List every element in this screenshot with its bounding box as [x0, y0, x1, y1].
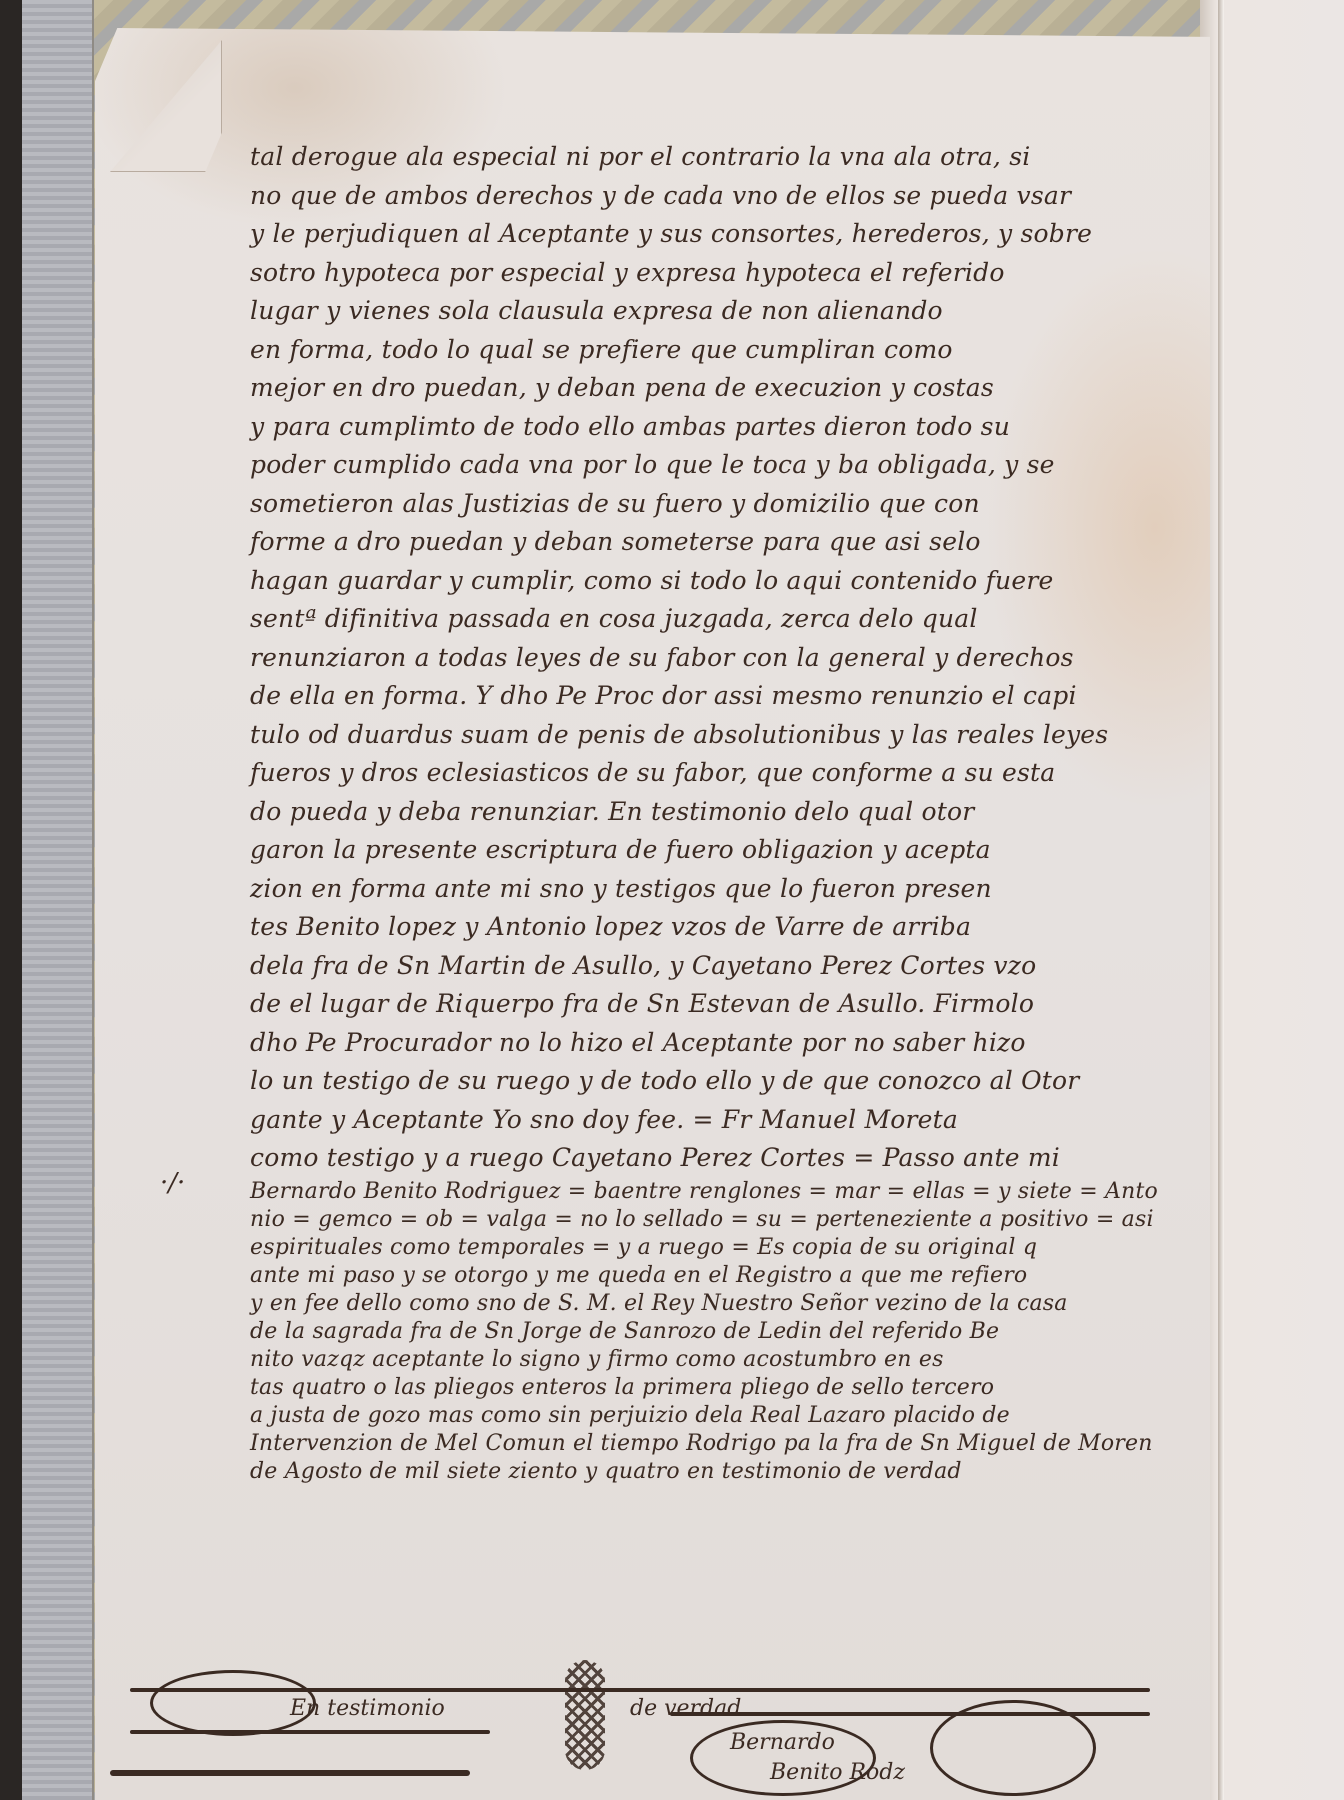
text-line: de ella en forma. Y dho Pe Proc dor assi…	[250, 677, 1210, 716]
margin-mark: ·/·	[160, 1168, 185, 1198]
text-line: nito vazqz aceptante lo signo y firmo co…	[250, 1346, 1210, 1374]
text-line: de la sagrada fra de Sn Jorge de Sanrozo…	[250, 1318, 1210, 1346]
text-line: y le perjudiquen al Aceptante y sus cons…	[250, 215, 1210, 254]
text-line: como testigo y a ruego Cayetano Perez Co…	[250, 1139, 1210, 1178]
text-line: tal derogue ala especial ni por el contr…	[250, 138, 1210, 177]
text-line: dela fra de Sn Martin de Asullo, y Cayet…	[250, 947, 1210, 986]
signature-rule	[130, 1730, 490, 1734]
dark-edge	[0, 0, 22, 1800]
text-line: a justa de gozo mas como sin perjuizio d…	[250, 1402, 1210, 1430]
text-line: lo un testigo de su ruego y de todo ello…	[250, 1062, 1210, 1101]
binding-strip	[22, 0, 94, 1800]
signature-name: Bernardo	[730, 1730, 835, 1755]
text-line: dho Pe Procurador no lo hizo el Aceptant…	[250, 1024, 1210, 1063]
signature-block: En testimonio de verdad Bernardo Benito …	[130, 1660, 1160, 1800]
signature-rule	[110, 1770, 470, 1776]
facing-blank-page	[1200, 0, 1344, 1800]
text-line: de Agosto de mil siete ziento y quatro e…	[250, 1458, 1210, 1486]
text-line: nio = gemco = ob = valga = no lo sellado…	[250, 1206, 1210, 1234]
signature-text: En testimonio	[290, 1696, 445, 1721]
text-line: lugar y vienes sola clausula expresa de …	[250, 292, 1210, 331]
text-line: forme a dro puedan y deban someterse par…	[250, 523, 1210, 562]
text-line: tes Benito lopez y Antonio lopez vzos de…	[250, 908, 1210, 947]
text-line: ante mi paso y se otorgo y me queda en e…	[250, 1262, 1210, 1290]
text-line: y para cumplimto de todo ello ambas part…	[250, 408, 1210, 447]
text-line: sometieron alas Justizias de su fuero y …	[250, 485, 1210, 524]
signature-text: de verdad	[630, 1696, 741, 1721]
manuscript-text: tal derogue ala especial ni por el contr…	[250, 138, 1210, 1486]
signature-flourish	[930, 1700, 1096, 1796]
text-line: renunziaron a todas leyes de su fabor co…	[250, 639, 1210, 678]
text-line: do pueda y deba renunziar. En testimonio…	[250, 793, 1210, 832]
text-line: mejor en dro puedan, y deban pena de exe…	[250, 369, 1210, 408]
text-line: en forma, todo lo qual se prefiere que c…	[250, 331, 1210, 370]
text-line: tas quatro o las pliegos enteros la prim…	[250, 1374, 1210, 1402]
signature-name: Benito Rodz	[770, 1760, 905, 1785]
page-fold	[1218, 0, 1224, 1800]
text-line: de el lugar de Riquerpo fra de Sn Esteva…	[250, 985, 1210, 1024]
text-line: zion en forma ante mi sno y testigos que…	[250, 870, 1210, 909]
text-line: Intervenzion de Mel Comun el tiempo Rodr…	[250, 1430, 1210, 1458]
text-line: garon la presente escriptura de fuero ob…	[250, 831, 1210, 870]
notary-rubric-sign	[565, 1660, 605, 1770]
text-line: sotro hypoteca por especial y expresa hy…	[250, 254, 1210, 293]
text-line: Bernardo Benito Rodriguez = baentre reng…	[250, 1178, 1210, 1206]
text-line: espirituales como temporales = y a ruego…	[250, 1234, 1210, 1262]
text-line: gante y Aceptante Yo sno doy fee. = Fr M…	[250, 1101, 1210, 1140]
text-line: y en fee dello como sno de S. M. el Rey …	[250, 1290, 1210, 1318]
text-line: hagan guardar y cumplir, como si todo lo…	[250, 562, 1210, 601]
text-line: poder cumplido cada vna por lo que le to…	[250, 446, 1210, 485]
text-line: fueros y dros eclesiasticos de su fabor,…	[250, 754, 1210, 793]
text-line: sentª difinitiva passada en cosa juzgada…	[250, 600, 1210, 639]
text-line: tulo od duardus suam de penis de absolut…	[250, 716, 1210, 755]
signature-rule	[670, 1712, 1150, 1716]
text-line: no que de ambos derechos y de cada vno d…	[250, 177, 1210, 216]
